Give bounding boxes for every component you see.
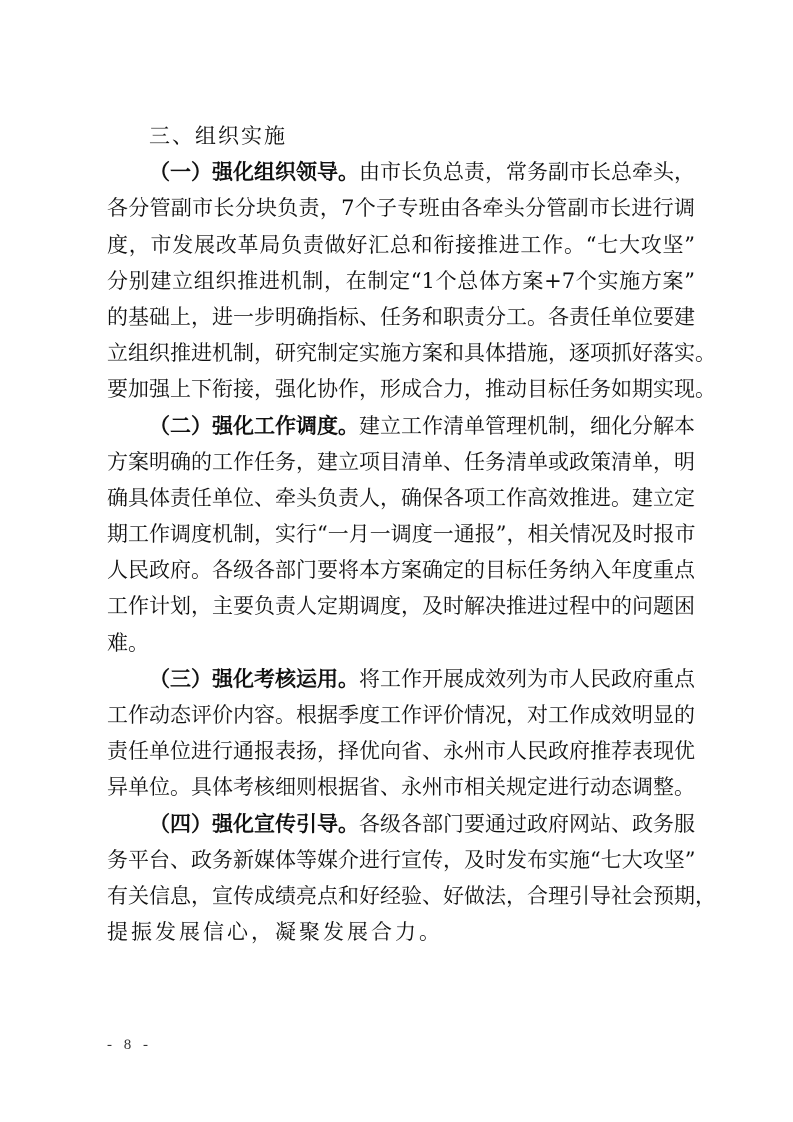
paragraph-line: 务平台、政务新媒体等媒介进行宣传，及时发布实施“七大攻坚” [107, 842, 695, 878]
paragraph-2-lead: （二）强化工作调度。 [149, 413, 359, 438]
paragraph-3-lead: （三）强化考核运用。 [149, 666, 359, 691]
paragraph-4-first-line: （四）强化宣传引导。各级各部门要通过政府网站、政务服 [107, 806, 695, 842]
paragraph-line: 要加强上下衔接，强化协作，形成合力，推动目标任务如期实现。 [107, 371, 695, 407]
paragraph-line: 人民政府。各级各部门要将本方案确定的目标任务纳入年度重点 [107, 552, 695, 588]
paragraph-line: 度，市发展改革局负责做好汇总和衔接推进工作。“七大攻坚” [107, 227, 695, 263]
paragraph-1-first-line: （一）强化组织领导。由市长负总责，常务副市长总牵头， [107, 154, 695, 190]
paragraph-line: 确具体责任单位、牵头负责人，确保各项工作高效推进。建立定 [107, 480, 695, 516]
paragraph-line: 工作计划，主要负责人定期调度，及时解决推进过程中的问题困 [107, 588, 695, 624]
paragraph-line: 提振发展信心，凝聚发展合力。 [107, 914, 695, 950]
paragraph-line: 责任单位进行通报表扬，择优向省、永州市人民政府推荐表现优 [107, 733, 695, 769]
section-heading: 三、组织实施 [107, 118, 695, 154]
paragraph-line: 工作动态评价内容。根据季度工作评价情况，对工作成效明显的 [107, 697, 695, 733]
page-number: - 8 - [107, 1037, 152, 1054]
paragraph-1-lead: （一）强化组织领导。 [149, 159, 359, 184]
paragraph-line: 难。 [107, 625, 695, 661]
paragraph-line: 各分管副市长分块负责，7个子专班由各牵头分管副市长进行调 [107, 190, 695, 226]
paragraph-line: 的基础上，进一步明确指标、任务和职责分工。各责任单位要建 [107, 299, 695, 335]
document-page: 三、组织实施 （一）强化组织领导。由市长负总责，常务副市长总牵头， 各分管副市长… [107, 118, 695, 950]
paragraph-line: 异单位。具体考核细则根据省、永州市相关规定进行动态调整。 [107, 769, 695, 805]
paragraph-line: 期工作调度机制，实行“一月一调度一通报”，相关情况及时报市 [107, 516, 695, 552]
paragraph-line: 立组织推进机制，研究制定实施方案和具体措施，逐项抓好落实。 [107, 335, 695, 371]
paragraph-line: 方案明确的工作任务，建立项目清单、任务清单或政策清单，明 [107, 444, 695, 480]
paragraph-4-lead: （四）强化宣传引导。 [149, 811, 359, 836]
paragraph-3-first-line: （三）强化考核运用。将工作开展成效列为市人民政府重点 [107, 661, 695, 697]
paragraph-2-first-line: （二）强化工作调度。建立工作清单管理机制，细化分解本 [107, 408, 695, 444]
paragraph-line: 有关信息，宣传成绩亮点和好经验、好做法，合理引导社会预期， [107, 878, 695, 914]
paragraph-line: 分别建立组织推进机制，在制定“1个总体方案+7个实施方案” [107, 263, 695, 299]
